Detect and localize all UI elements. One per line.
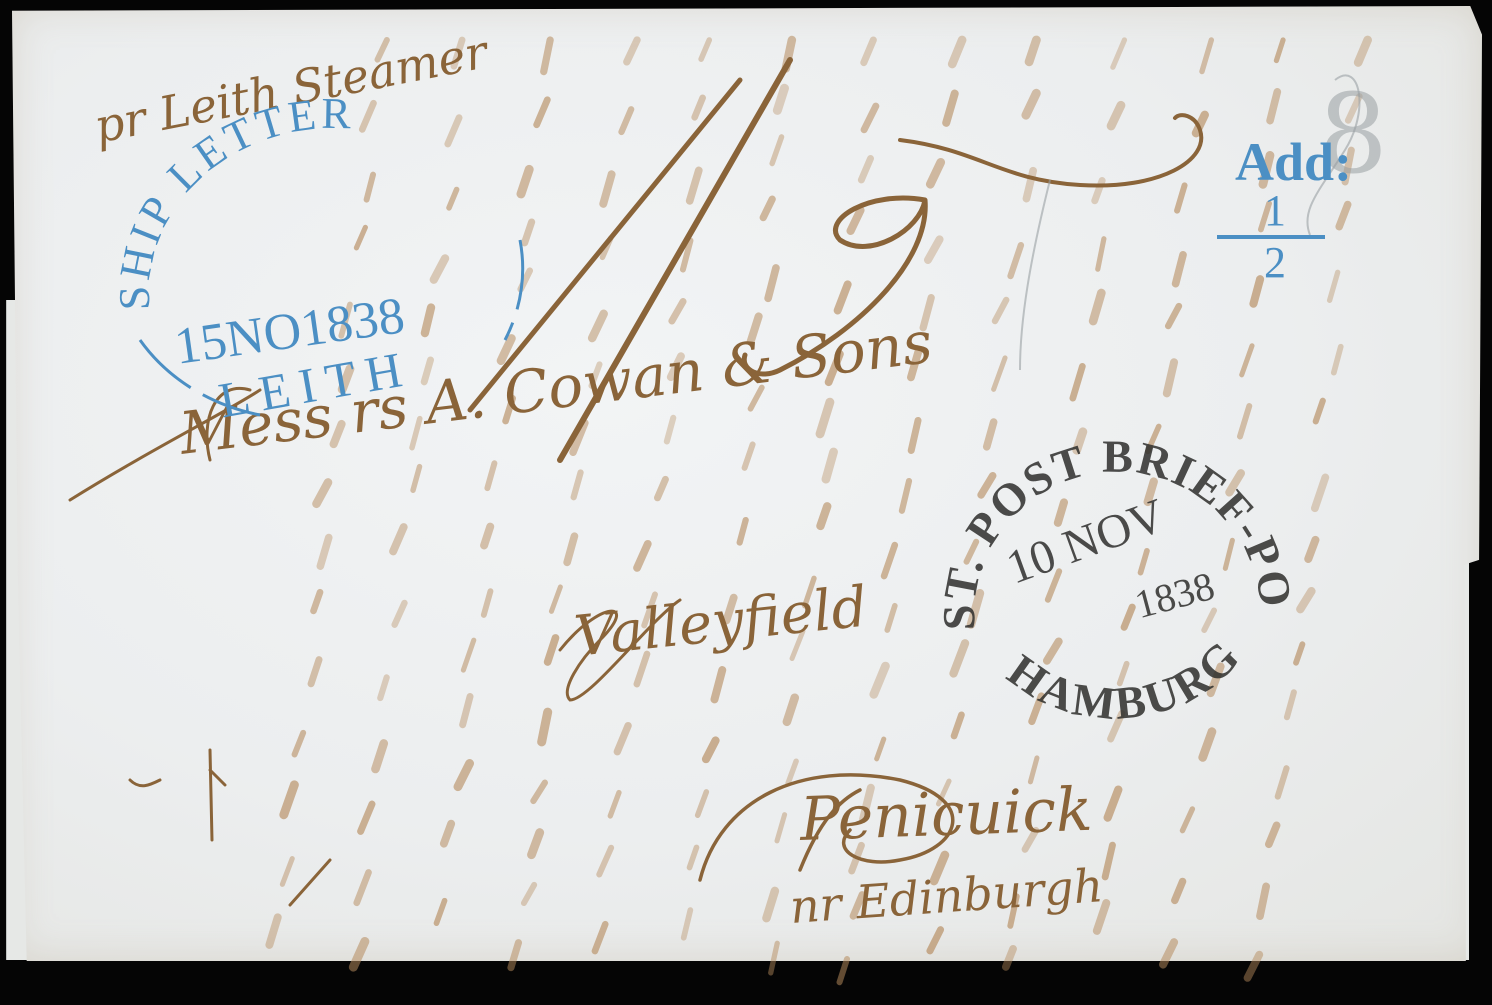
svg-text:1838: 1838 [1130, 563, 1219, 627]
hamburg-handstamp: ST. POST BRIEF-POST HAMBURG 10 NOV 1838 [0, 0, 1492, 1005]
photo-background: pr Leith Steamer 1/9 Mess rs A. Cowan & … [0, 0, 1492, 1005]
svg-text:HAMBURG: HAMBURG [999, 629, 1251, 729]
